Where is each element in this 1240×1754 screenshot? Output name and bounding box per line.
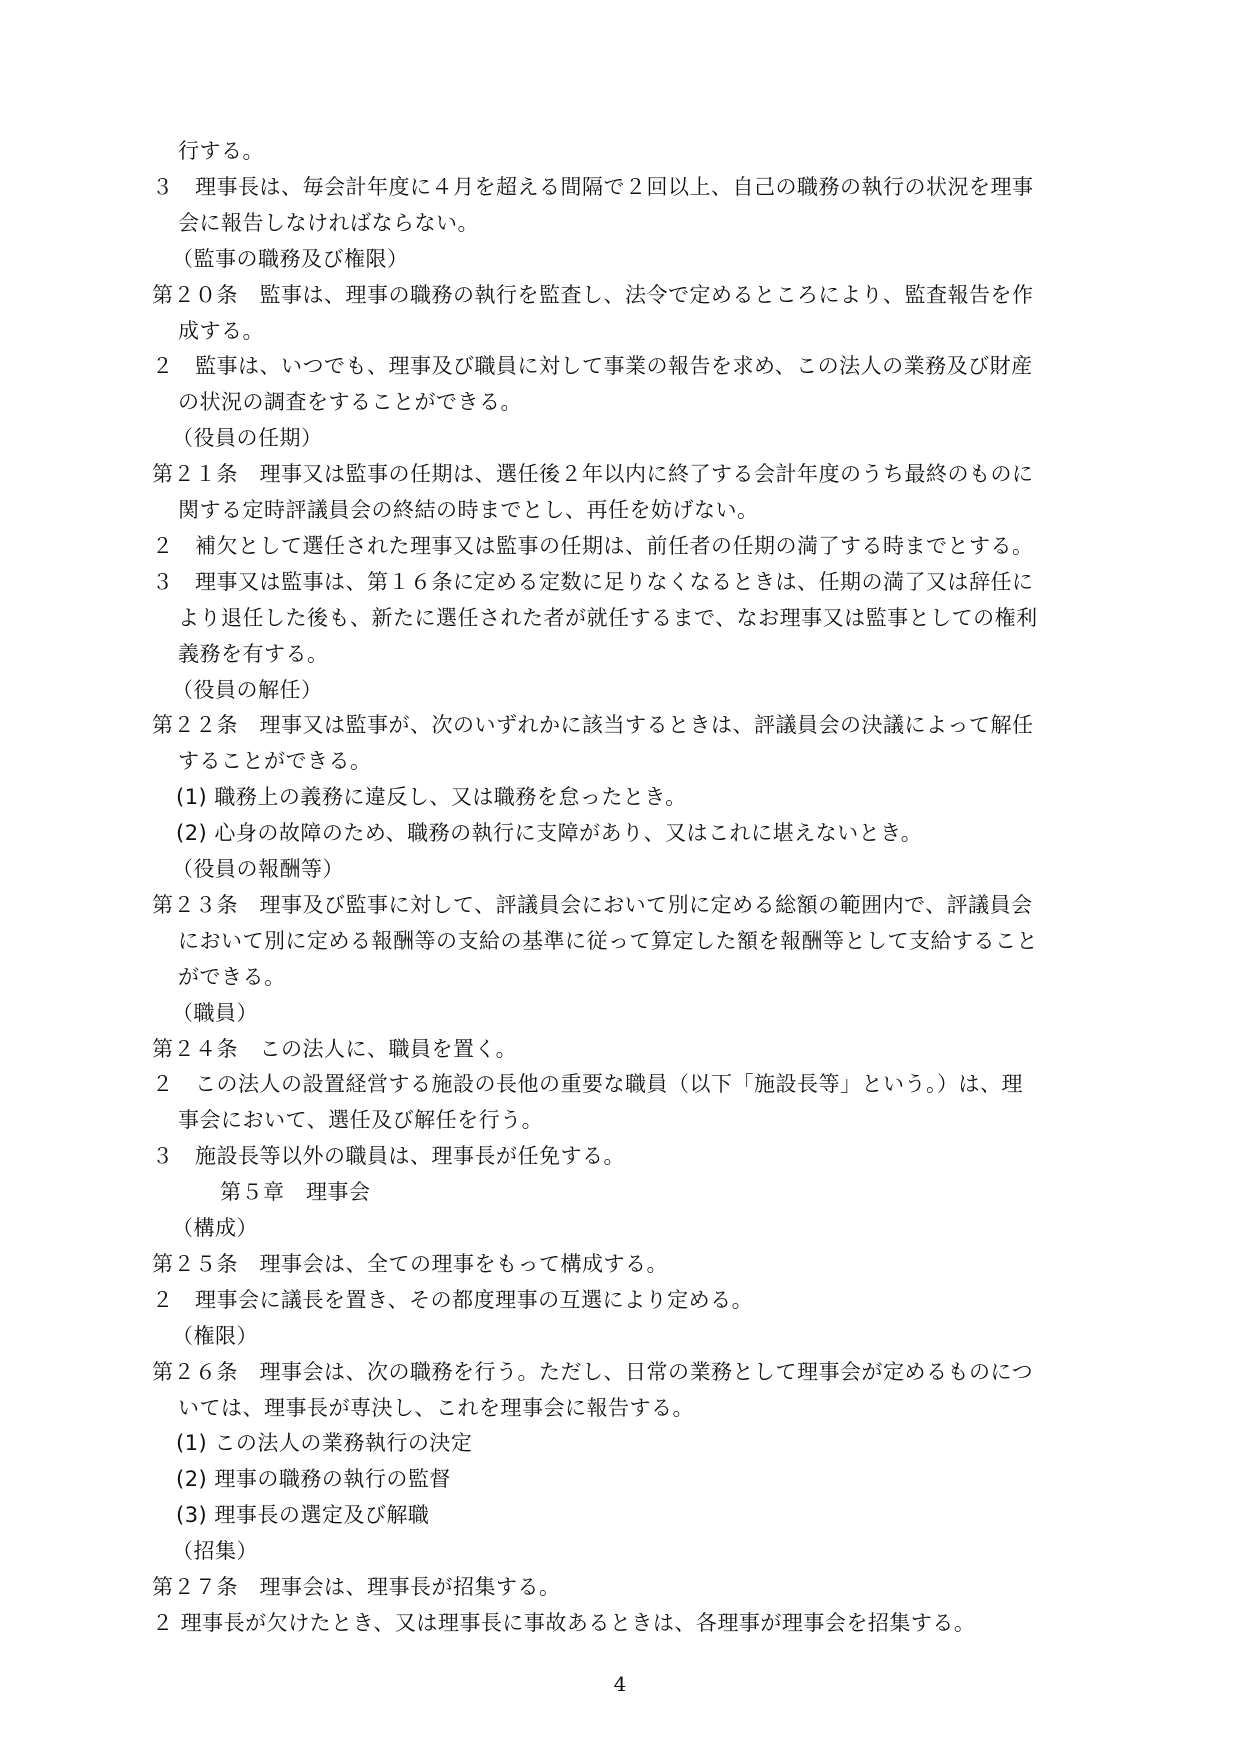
text-line: 第２５条 理事会は、全ての理事をもって構成する。 [152,1249,668,1279]
text-line: (2) 理事の職務の執行の監督 [176,1464,451,1494]
article-caption: （招集） [172,1536,258,1566]
text-line: (1) この法人の業務執行の決定 [176,1428,472,1458]
chapter-heading: 第５章 理事会 [220,1177,371,1207]
text-line: いては、理事長が専決し、これを理事会に報告する。 [178,1393,694,1423]
document-page: 行する。３ 理事長は、毎会計年度に４月を超える間隔で２回以上、自己の職務の執行の… [0,0,1240,1754]
text-line: 会に報告しなければならない。 [178,208,479,238]
text-line: 第２６条 理事会は、次の職務を行う。ただし、日常の業務として理事会が定めるものに… [152,1357,1033,1387]
text-line: 義務を有する。 [178,639,329,669]
text-line: 第２３条 理事及び監事に対して、評議員会において別に定める総額の範囲内で、評議員… [152,890,1033,920]
text-line: 第２１条 理事又は監事の任期は、選任後２年以内に終了する会計年度のうち最終のもの… [152,459,1034,489]
text-line: ２ 理事会に議長を置き、その都度理事の互選により定める。 [152,1285,753,1315]
text-line: することができる。 [178,746,372,776]
text-line: ３ 施設長等以外の職員は、理事長が任免する。 [152,1141,625,1171]
text-line: 第２４条 この法人に、職員を置く。 [152,1034,517,1064]
text-line: ３ 理事又は監事は、第１６条に定める定数に足りなくなるときは、任期の満了又は辞任… [152,567,1034,597]
text-line: 第２２条 理事又は監事が、次のいずれかに該当するときは、評議員会の決議によって解… [152,710,1034,740]
article-caption: （権限） [172,1321,258,1351]
article-caption: （役員の報酬等） [172,854,344,884]
article-caption: （監事の職務及び権限） [172,244,409,274]
text-line: ２ 補欠として選任された理事又は監事の任期は、前任者の任期の満了する時までとする… [152,531,1034,561]
text-line: 成する。 [178,316,264,346]
article-caption: （構成） [172,1213,258,1243]
text-line: ２ 監事は、いつでも、理事及び職員に対して事業の報告を求め、この法人の業務及び財… [152,351,1033,381]
text-line: ２ 理事長が欠けたとき、又は理事長に事故あるときは、各理事が理事会を招集する。 [152,1608,975,1638]
text-line: 行する。 [178,136,264,166]
text-line: (2) 心身の故障のため、職務の執行に支障があり、又はこれに堪えないとき。 [176,818,922,848]
article-caption: （役員の解任） [172,675,323,705]
page-number: 4 [0,1672,1240,1696]
text-line: (3) 理事長の選定及び解職 [176,1500,429,1530]
text-line: より退任した後も、新たに選任された者が就任するまで、なお理事又は監事としての権利 [178,603,1038,633]
text-line: ２ この法人の設置経営する施設の長他の重要な職員（以下「施設長等」という。）は、… [152,1069,1023,1099]
article-caption: （役員の任期） [172,423,323,453]
text-line: の状況の調査をすることができる。 [178,387,522,417]
text-line: ができる。 [178,962,286,992]
text-line: において別に定める報酬等の支給の基準に従って算定した額を報酬等として支給すること [178,926,1038,956]
text-line: (1) 職務上の義務に違反し、又は職務を怠ったとき。 [176,782,687,812]
text-line: 事会において、選任及び解任を行う。 [178,1105,543,1135]
text-line: 関する定時評議員会の終結の時までとし、再任を妨げない。 [178,495,759,525]
article-caption: （職員） [172,998,258,1028]
text-line: ３ 理事長は、毎会計年度に４月を超える間隔で２回以上、自己の職務の執行の状況を理… [152,172,1034,202]
text-line: 第２７条 理事会は、理事長が招集する。 [152,1572,561,1602]
text-line: 第２０条 監事は、理事の職務の執行を監査し、法令で定めるところにより、監査報告を… [152,280,1034,310]
